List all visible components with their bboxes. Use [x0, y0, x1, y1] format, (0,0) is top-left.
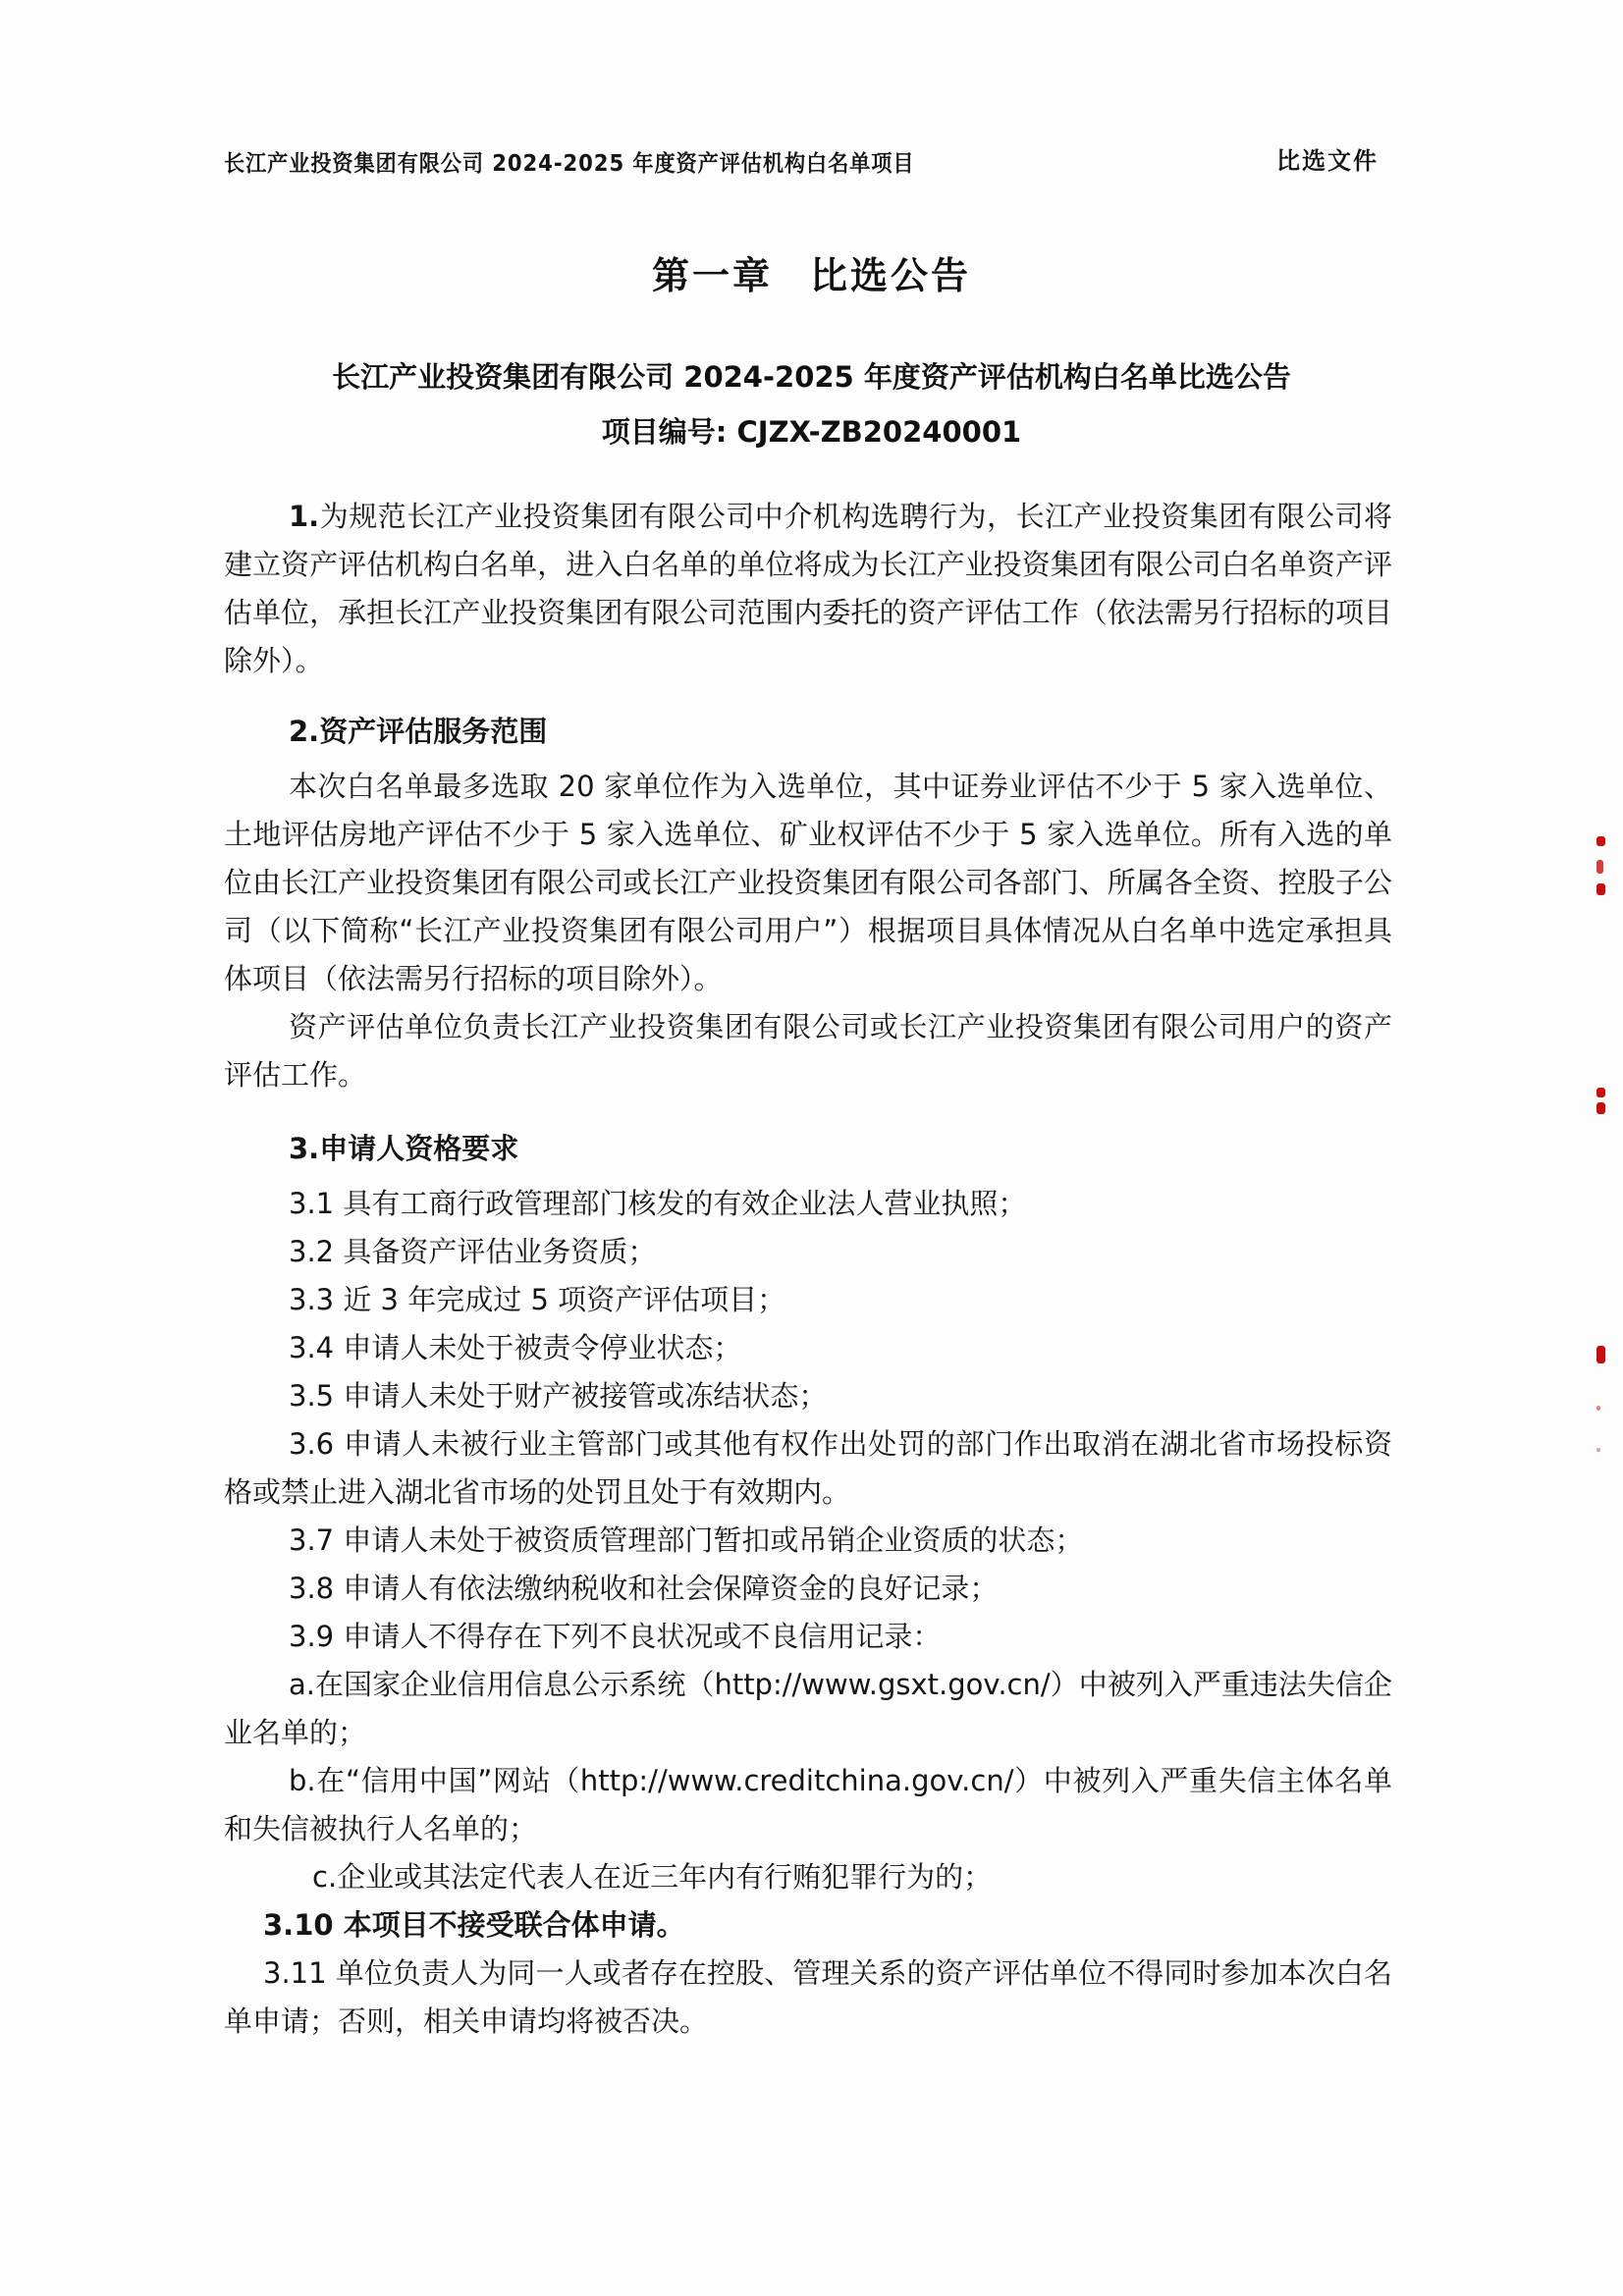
- section-1-paragraph: 1.为规范长江产业投资集团有限公司中介机构选聘行为，长江产业投资集团有限公司将建…: [224, 493, 1392, 685]
- chapter-number: 第一章: [652, 254, 773, 297]
- project-number: 项目编号: CJZX-ZB20240001: [0, 410, 1623, 451]
- requirement-3-11: 3.11 单位负责人为同一人或者存在控股、管理关系的资产评估单位不得同时参加本次…: [224, 1949, 1392, 2046]
- announcement-title: 长江产业投资集团有限公司 2024-2025 年度资产评估机构白名单比选公告: [0, 355, 1623, 396]
- section-1-text: 为规范长江产业投资集团有限公司中介机构选聘行为，长江产业投资集团有限公司将建立资…: [224, 500, 1392, 677]
- requirement-3-7: 3.7 申请人未处于被资质管理部门暂扣或吊销企业资质的状态；: [224, 1517, 1392, 1565]
- section-1: 1.为规范长江产业投资集团有限公司中介机构选聘行为，长江产业投资集团有限公司将建…: [224, 493, 1392, 685]
- seal-fragment: [1596, 1346, 1605, 1363]
- chapter-heading: 第一章比选公告: [0, 245, 1623, 299]
- requirement-3-10: 3.10 本项目不接受联合体申请。: [224, 1901, 1392, 1949]
- requirement-3-9: 3.9 申请人不得存在下列不良状况或不良信用记录：: [224, 1613, 1392, 1661]
- requirement-3-4: 3.4 申请人未处于被责令停业状态；: [224, 1324, 1392, 1372]
- seal-fragment: [1596, 1088, 1605, 1097]
- seal-fragment: [1596, 860, 1603, 874]
- section-3-heading: 3.申请人资格要求: [224, 1125, 1392, 1173]
- section-3: 3.申请人资格要求 3.1 具有工商行政管理部门核发的有效企业法人营业执照； 3…: [224, 1125, 1392, 2046]
- requirement-3-6: 3.6 申请人未被行业主管部门或其他有权作出处罚的部门作出取消在湖北省市场投标资…: [224, 1420, 1392, 1517]
- seal-fragment: [1596, 836, 1605, 846]
- requirement-3-3: 3.3 近 3 年完成过 5 项资产评估项目；: [224, 1276, 1392, 1324]
- requirement-3-5: 3.5 申请人未处于财产被接管或冻结状态；: [224, 1372, 1392, 1420]
- section-2-heading: 2.资产评估服务范围: [224, 708, 1392, 756]
- seal-fragment: [1596, 1102, 1605, 1114]
- running-header-project: 长江产业投资集团有限公司 2024-2025 年度资产评估机构白名单项目: [224, 145, 914, 178]
- seal-fragment: [1596, 1406, 1600, 1411]
- requirement-3-9-a: a.在国家企业信用信息公示系统（http://www.gsxt.gov.cn/）…: [224, 1661, 1392, 1757]
- seal-fragment: [1596, 883, 1605, 895]
- running-header-doc-type: 比选文件: [1276, 141, 1379, 176]
- chapter-title: 比选公告: [810, 254, 971, 297]
- section-2-paragraph-2: 资产评估单位负责长江产业投资集团有限公司或长江产业投资集团有限公司用户的资产评估…: [224, 1003, 1392, 1099]
- seal-fragment: [1596, 1448, 1600, 1452]
- section-2-paragraph-1: 本次白名单最多选取 20 家单位作为入选单位，其中证券业评估不少于 5 家入选单…: [224, 763, 1392, 1003]
- section-2: 2.资产评估服务范围 本次白名单最多选取 20 家单位作为入选单位，其中证券业评…: [224, 708, 1392, 1099]
- requirement-3-1: 3.1 具有工商行政管理部门核发的有效企业法人营业执照；: [224, 1180, 1392, 1228]
- requirement-3-9-b: b.在“信用中国”网站（http://www.creditchina.gov.c…: [224, 1757, 1392, 1853]
- requirement-3-8: 3.8 申请人有依法缴纳税收和社会保障资金的良好记录；: [224, 1565, 1392, 1613]
- section-1-number: 1.: [289, 500, 319, 533]
- requirement-3-9-c: c.企业或其法定代表人在近三年内有行贿犯罪行为的；: [224, 1853, 1392, 1901]
- document-page: 长江产业投资集团有限公司 2024-2025 年度资产评估机构白名单项目 比选文…: [0, 0, 1623, 2296]
- requirement-3-2: 3.2 具备资产评估业务资质；: [224, 1228, 1392, 1276]
